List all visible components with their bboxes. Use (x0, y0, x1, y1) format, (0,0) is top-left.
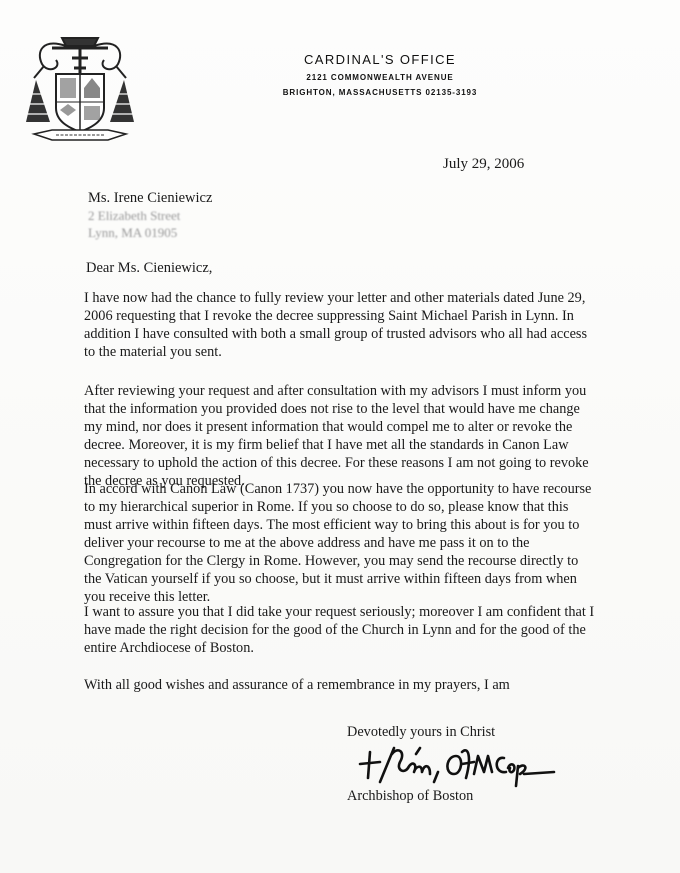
office-street: 2121 Commonwealth Avenue (230, 73, 530, 82)
office-name: Cardinal's Office (230, 52, 530, 67)
paragraph-line: must arrive within fifteen days. The mos… (84, 516, 604, 534)
handwritten-signature-icon (358, 742, 558, 792)
letterhead: Cardinal's Office 2121 Commonwealth Aven… (230, 52, 530, 97)
paragraph-line: necessary to uphold the action of this d… (84, 454, 604, 472)
paragraph-line: addition I have consulted with both a sm… (84, 325, 604, 343)
paragraph-2: After reviewing your request and after c… (84, 382, 604, 490)
salutation: Dear Ms. Cieniewicz, (86, 260, 212, 277)
paragraph-line: to my hierarchical superior in Rome. If … (84, 498, 604, 516)
paragraph-5: With all good wishes and assurance of a … (84, 676, 604, 694)
coat-of-arms-icon (22, 18, 138, 148)
paragraph-line: I have now had the chance to fully revie… (84, 289, 604, 307)
recipient-address: Ms. Irene Cieniewicz 2 Elizabeth Street … (88, 190, 212, 241)
closing: Devotedly yours in Christ (347, 724, 495, 741)
paragraph-line: decree. Moreover, it is my firm belief t… (84, 436, 604, 454)
paragraph-line: I want to assure you that I did take you… (84, 603, 604, 621)
signer-title: Archbishop of Boston (347, 788, 473, 805)
paragraph-3: In accord with Canon Law (Canon 1737) yo… (84, 480, 604, 606)
paragraph-line: With all good wishes and assurance of a … (84, 676, 604, 694)
recipient-city: Lynn, MA 01905 (88, 224, 212, 241)
paragraph-line: 2006 requesting that I revoke the decree… (84, 307, 604, 325)
paragraph-line: to the material you sent. (84, 343, 604, 361)
paragraph-1: I have now had the chance to fully revie… (84, 289, 604, 361)
paragraph-line: have made the right decision for the goo… (84, 621, 604, 639)
paragraph-line: the Vatican yourself if you so choose, b… (84, 570, 604, 588)
letter-date: July 29, 2006 (443, 156, 524, 173)
paragraph-line: In accord with Canon Law (Canon 1737) yo… (84, 480, 604, 498)
recipient-street: 2 Elizabeth Street (88, 207, 212, 224)
paragraph-line: my mind, nor does it present information… (84, 418, 604, 436)
paragraph-line: After reviewing your request and after c… (84, 382, 604, 400)
recipient-name: Ms. Irene Cieniewicz (88, 190, 212, 207)
paragraph-line: Congregation for the Clergy in Rome. How… (84, 552, 604, 570)
paragraph-line: deliver your recourse to me at the above… (84, 534, 604, 552)
paragraph-line: that the information you provided does n… (84, 400, 604, 418)
paragraph-4: I want to assure you that I did take you… (84, 603, 604, 657)
letter-page: Cardinal's Office 2121 Commonwealth Aven… (0, 0, 680, 873)
signature (358, 742, 558, 792)
office-city: Brighton, Massachusetts 02135-3193 (230, 88, 530, 97)
paragraph-line: entire Archdiocese of Boston. (84, 639, 604, 657)
